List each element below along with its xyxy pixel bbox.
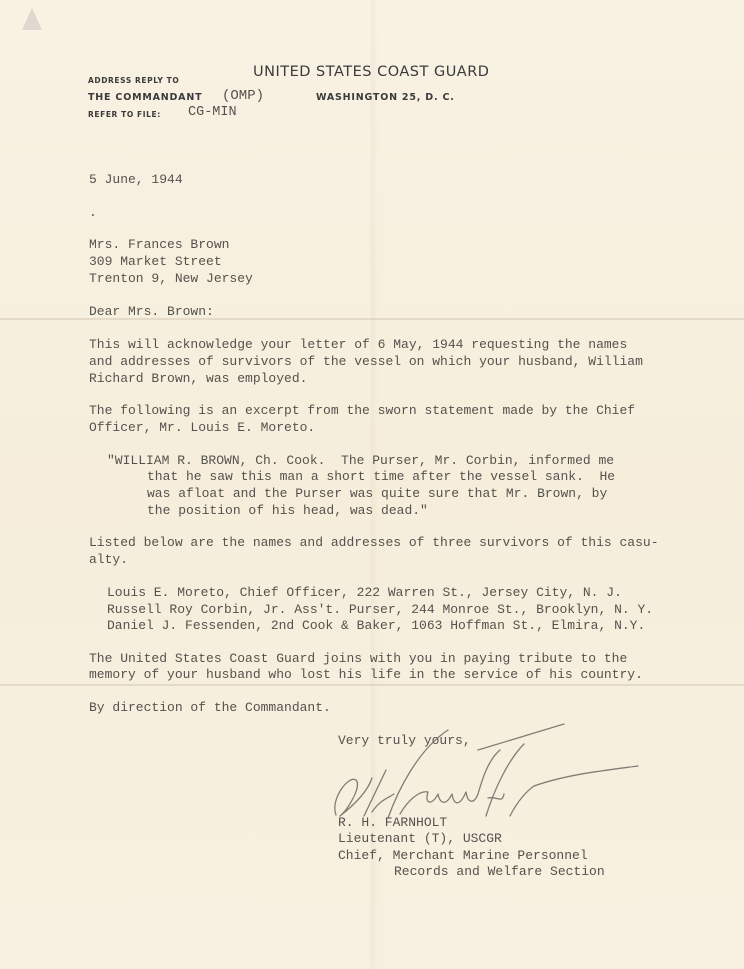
paragraph-line: Officer, Mr. Louis E. Moreto. bbox=[89, 420, 315, 437]
letter-date: 5 June, 1944 bbox=[89, 172, 183, 189]
paragraph-line: Listed below are the names and addresses… bbox=[89, 535, 659, 552]
letterhead-location: WASHINGTON 25, D. C. bbox=[316, 92, 455, 103]
survivor-entry: Louis E. Moreto, Chief Officer, 222 Warr… bbox=[107, 585, 622, 602]
quote-line: the position of his head, was dead." bbox=[147, 503, 428, 520]
paragraph-line: By direction of the Commandant. bbox=[89, 700, 331, 717]
paragraph-line: The United States Coast Guard joins with… bbox=[89, 651, 627, 668]
fold-line bbox=[0, 684, 744, 686]
recipient-name: Mrs. Frances Brown bbox=[89, 237, 229, 254]
stray-mark: . bbox=[89, 205, 97, 222]
file-code: CG-MIN bbox=[188, 105, 237, 122]
survivor-entry: Daniel J. Fessenden, 2nd Cook & Baker, 1… bbox=[107, 618, 645, 635]
corner-mark bbox=[22, 8, 42, 30]
paragraph-line: The following is an excerpt from the swo… bbox=[89, 403, 635, 420]
commandant-label: THE COMMANDANT bbox=[88, 92, 202, 103]
address-reply-to: ADDRESS REPLY TO bbox=[88, 76, 179, 85]
signer-section: Records and Welfare Section bbox=[394, 864, 605, 881]
signer-name: R. H. FARNHOLT bbox=[338, 815, 447, 832]
quote-line: that he saw this man a short time after … bbox=[147, 469, 615, 486]
paragraph-line: memory of your husband who lost his life… bbox=[89, 667, 643, 684]
paragraph-line: This will acknowledge your letter of 6 M… bbox=[89, 337, 627, 354]
signer-rank: Lieutenant (T), USCGR bbox=[338, 831, 502, 848]
recipient-street: 309 Market Street bbox=[89, 254, 222, 271]
quote-line: was afloat and the Purser was quite sure… bbox=[147, 486, 607, 503]
paragraph-line: Richard Brown, was employed. bbox=[89, 371, 307, 388]
paragraph-line: alty. bbox=[89, 552, 128, 569]
salutation: Dear Mrs. Brown: bbox=[89, 304, 214, 321]
survivor-entry: Russell Roy Corbin, Jr. Ass't. Purser, 2… bbox=[107, 602, 653, 619]
commandant-code: (OMP) bbox=[222, 88, 264, 105]
refer-to-file-label: REFER TO FILE: bbox=[88, 110, 161, 119]
quote-line: "WILLIAM R. BROWN, Ch. Cook. The Purser,… bbox=[107, 453, 614, 470]
paragraph-line: and addresses of survivors of the vessel… bbox=[89, 354, 643, 371]
handwritten-signature bbox=[328, 720, 648, 830]
signer-title: Chief, Merchant Marine Personnel bbox=[338, 848, 588, 865]
letterhead-title: UNITED STATES COAST GUARD bbox=[253, 64, 489, 80]
recipient-city: Trenton 9, New Jersey bbox=[89, 271, 253, 288]
